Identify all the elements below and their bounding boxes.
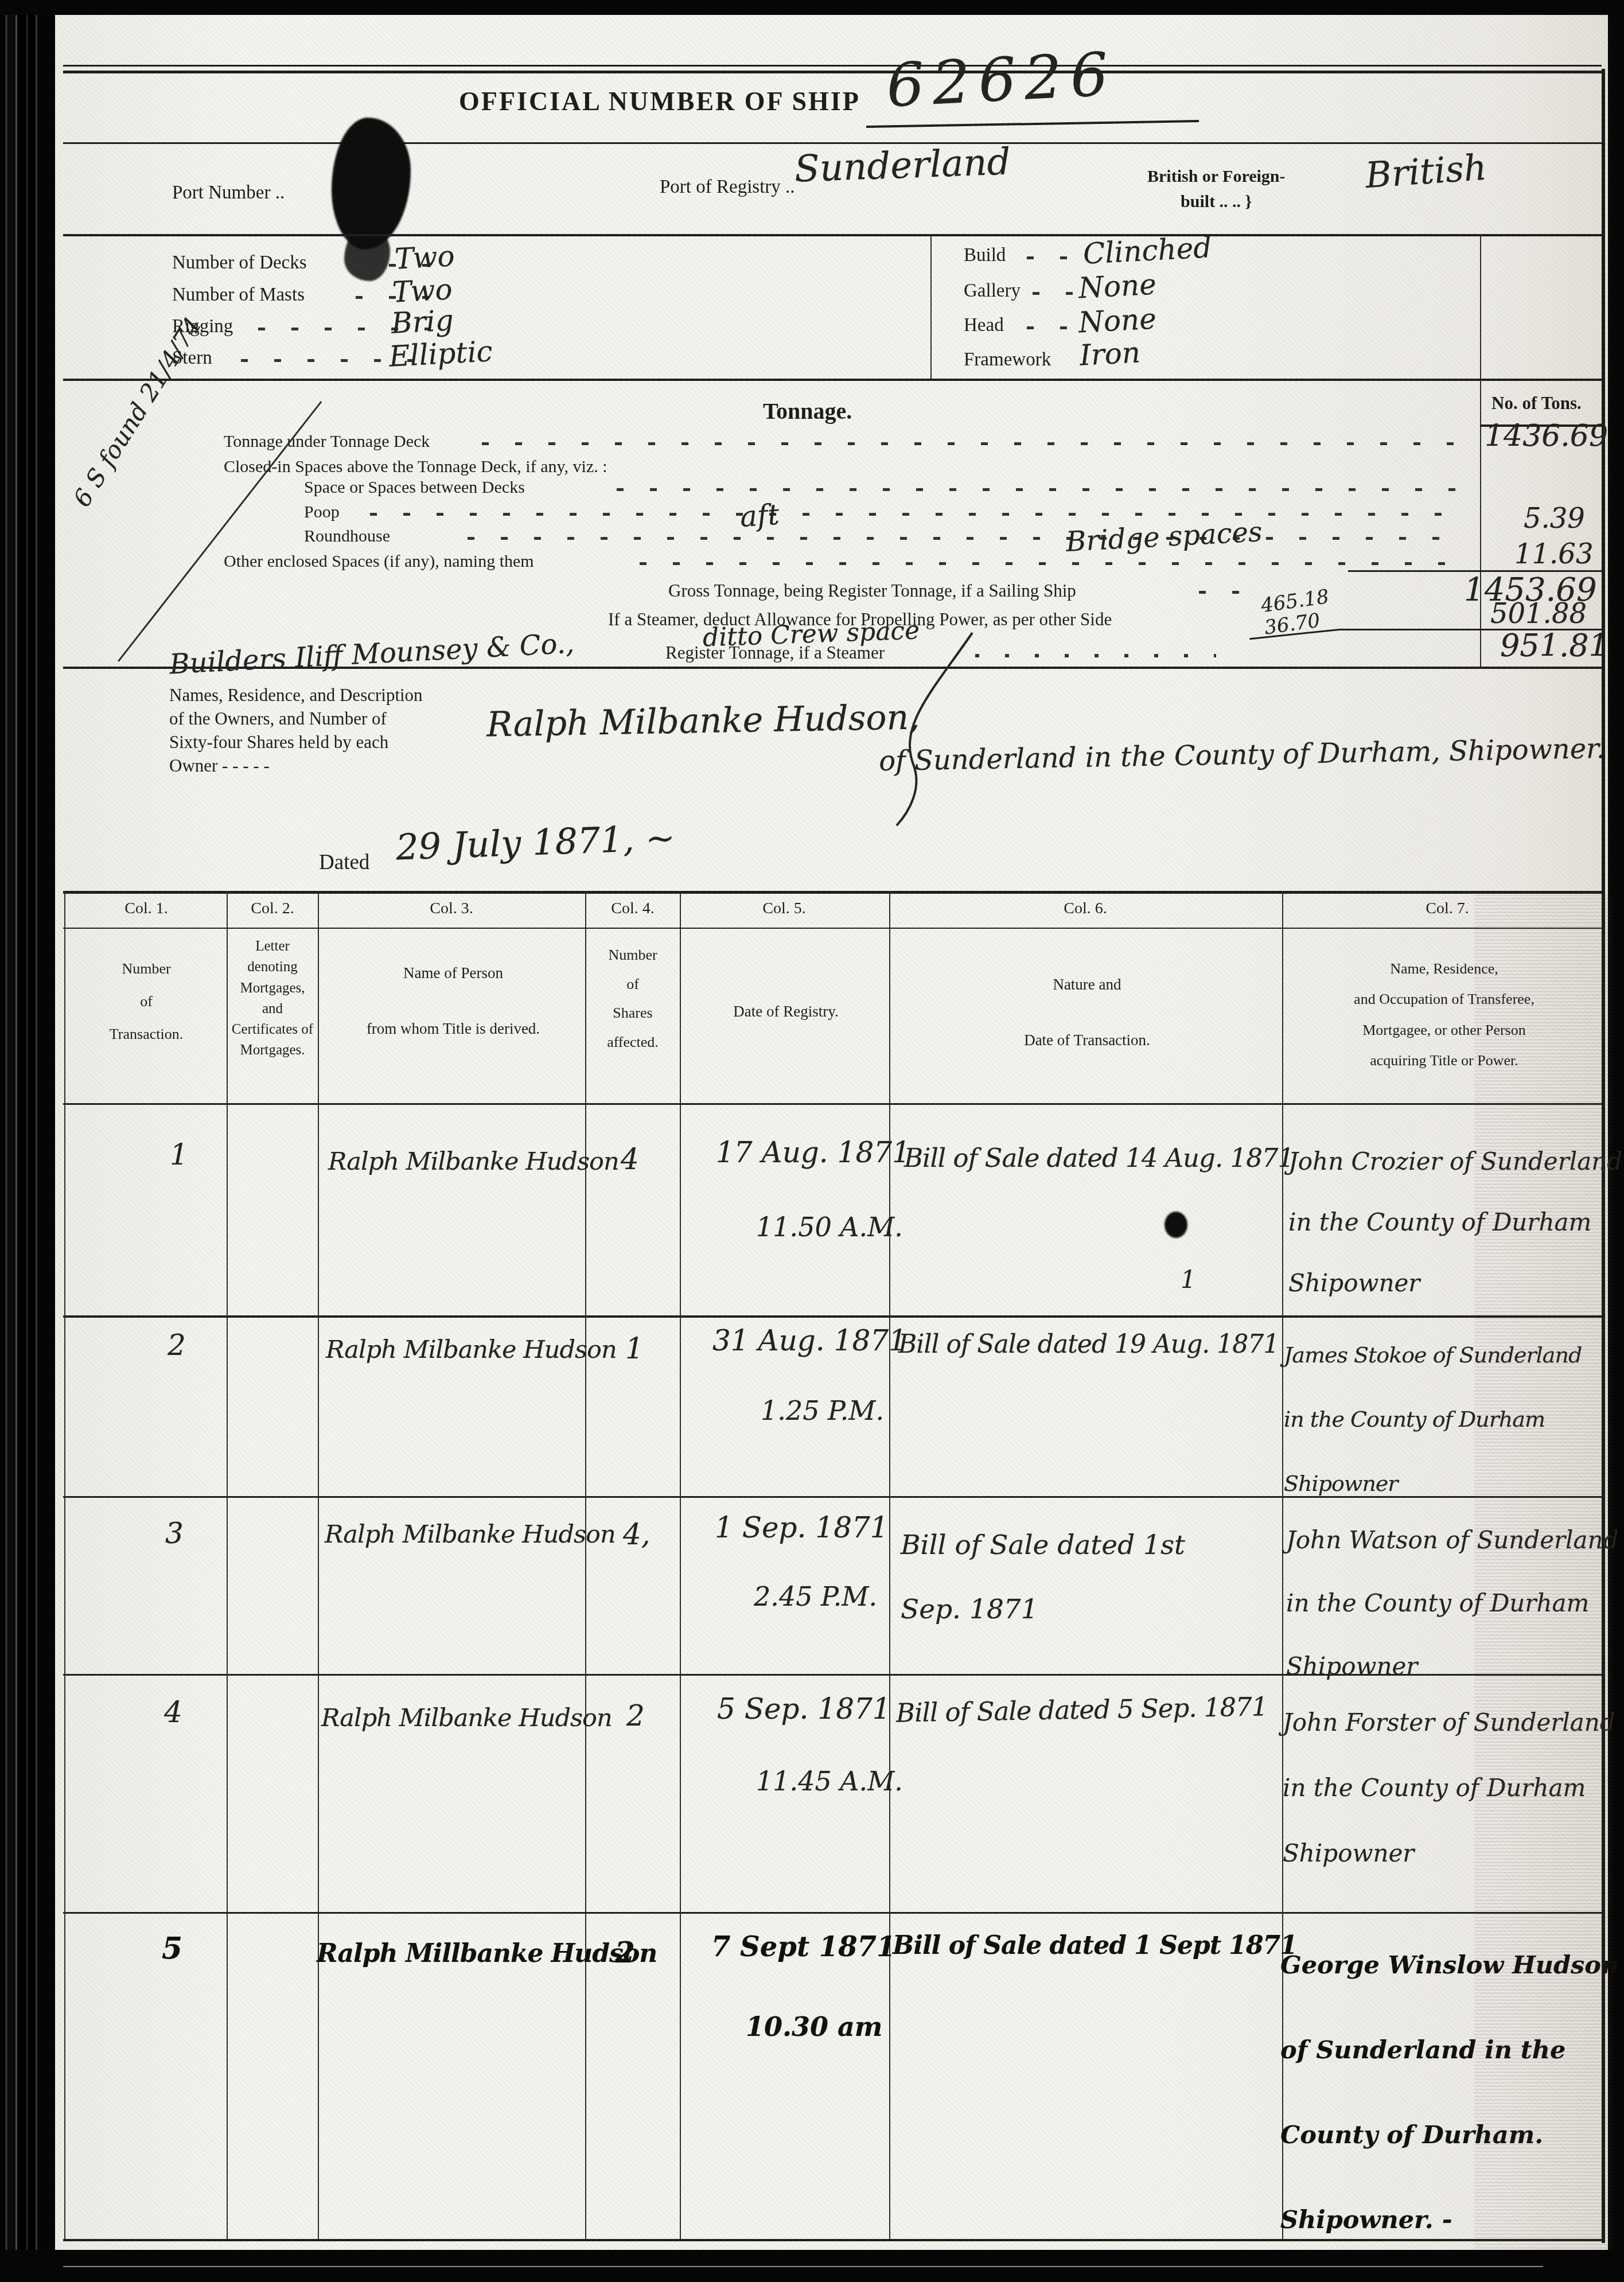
transferee: James Stokoe of Sunderland in the County… — [1284, 1323, 1624, 1516]
port-of-registry-value: Sunderland — [794, 141, 1011, 190]
registry-date: 5 Sep. 1871 — [717, 1692, 891, 1726]
table-col-line — [227, 891, 228, 2239]
framework-label: Framework — [964, 349, 1051, 371]
spaces-between-decks-label: Space or Spaces between Decks — [304, 478, 525, 497]
registry-date: 17 Aug. 1871 — [716, 1136, 910, 1169]
row-number: 3 — [165, 1517, 184, 1550]
register-tonnage-value: 951.81 — [1500, 628, 1609, 664]
head-value: None — [1078, 302, 1158, 339]
col-header-2: Col. 2. — [229, 899, 316, 918]
build-value: Clinched — [1082, 231, 1213, 271]
register-tonnage-label: Register Tonnage, if a Steamer — [665, 642, 885, 663]
registry-time: 2.45 P.M. — [754, 1581, 877, 1612]
rigging-value: Brig — [391, 303, 455, 340]
stray-mark: 1 — [1181, 1265, 1196, 1294]
masts-label: Number of Masts — [172, 285, 305, 306]
col-header-6: Col. 6. — [1042, 899, 1128, 918]
official-number-value: 62626 — [885, 39, 1118, 121]
build-label: Build — [964, 245, 1006, 266]
transaction-nature: Bill of Sale dated 14 Aug. 1871 — [904, 1143, 1294, 1173]
col-header-4: Col. 4. — [590, 899, 676, 918]
registry-date: 1 Sep. 1871 — [715, 1511, 889, 1544]
british-or-foreign-label: British or Foreign- built .. .. } — [1147, 164, 1286, 214]
table-col-line — [889, 891, 890, 2239]
rule — [63, 1315, 1602, 1318]
transaction-nature: Bill of Sale dated 19 Aug. 1871 — [898, 1330, 1279, 1359]
registry-date: 7 Sept 1871 — [711, 1931, 895, 1963]
title-derived-from: Ralph Millbanke Hudson — [317, 1939, 657, 1968]
dated-label: Dated — [319, 850, 369, 875]
subheader-shares-affected: Number of Shares affected. — [588, 941, 677, 1057]
title-derived-from: Ralph Milbanke Hudson — [328, 1147, 619, 1176]
transaction-nature: Bill of Sale dated 1 Sept 1871 — [893, 1931, 1297, 1960]
decks-label: Number of Decks — [172, 252, 307, 274]
leader — [1199, 591, 1262, 594]
leader — [975, 654, 1216, 657]
tonnage-heading: Tonnage. — [763, 398, 852, 425]
transferee: George Winslow Hudson of Sunderland in t… — [1280, 1923, 1619, 2262]
leader — [640, 562, 1466, 565]
shares-affected: 4 — [621, 1143, 639, 1176]
steamer-deduction-value: 501.88 — [1490, 598, 1587, 630]
particulars-divider — [930, 234, 932, 379]
leader — [617, 488, 1466, 491]
rule — [63, 71, 1602, 73]
row-number: 1 — [170, 1138, 188, 1171]
other-enclosed-spaces-label: Other enclosed Spaces (if any), naming t… — [224, 552, 534, 571]
rule — [63, 1912, 1602, 1914]
shares-affected: 2 — [615, 1936, 635, 1969]
official-number-label: OFFICIAL NUMBER OF SHIP — [459, 86, 860, 116]
shares-affected: 4, — [623, 1518, 651, 1551]
subheader-name-of-person: Name of Person from whom Title is derive… — [324, 959, 582, 1043]
leader — [1033, 292, 1078, 295]
other-enclosed-value: 11.63 — [1514, 538, 1593, 570]
rule — [63, 65, 1602, 67]
subheader-mortgage-letter: Letter denoting Mortgages, and Certifica… — [229, 936, 316, 1061]
rule — [63, 379, 1602, 381]
gallery-label: Gallery — [964, 281, 1021, 302]
table-col-line — [318, 891, 319, 2239]
subheader-nature-of-transaction: Nature and Date of Transaction. — [895, 971, 1279, 1054]
scan-edge-top — [0, 0, 1624, 15]
roundhouse-annotation: aft — [739, 498, 780, 534]
title-derived-from: Ralph Milbanke Hudson — [321, 1704, 612, 1732]
tonnage-under-deck-value: 1436.69 — [1485, 419, 1608, 453]
gallery-value: None — [1078, 267, 1158, 305]
table-top-rule — [63, 891, 1602, 894]
subheader-transferee: Name, Residence, and Occupation of Trans… — [1288, 953, 1600, 1076]
col-header-1: Col. 1. — [103, 899, 189, 918]
leader — [1027, 256, 1078, 259]
registry-time: 11.50 A.M. — [756, 1212, 903, 1243]
roundhouse-label: Roundhouse — [304, 527, 390, 546]
tonnage-under-deck-label: Tonnage under Tonnage Deck — [224, 432, 430, 451]
owners-label-block: Names, Residence, and Description of the… — [169, 684, 423, 778]
table-col-line — [585, 891, 586, 2239]
scan-bottom-sliver — [63, 2266, 1543, 2267]
registry-time: 1.25 P.M. — [761, 1395, 884, 1426]
row-number: 5 — [162, 1931, 182, 1966]
british-or-foreign-value: British — [1364, 146, 1488, 197]
transaction-nature: Bill of Sale dated 5 Sep. 1871 — [896, 1691, 1268, 1728]
transaction-nature: Bill of Sale dated 1st Sep. 1871 — [901, 1513, 1185, 1642]
shares-affected: 2 — [626, 1699, 645, 1732]
shares-affected: 1 — [625, 1332, 644, 1365]
book-binding-edge — [0, 0, 55, 2282]
row-number: 4 — [164, 1696, 182, 1729]
transferee: John Watson of Sunderland in the County … — [1286, 1509, 1619, 1698]
registry-date: 31 Aug. 1871 — [712, 1324, 907, 1357]
transferee: John Forster of Sunderland in the County… — [1283, 1690, 1615, 1886]
title-derived-from: Ralph Milbanke Hudson — [325, 1520, 616, 1549]
leader — [370, 513, 1466, 516]
transferee: John Crozier of Sunderland in the County… — [1288, 1131, 1622, 1314]
pen-flourish — [886, 628, 984, 829]
leader — [1027, 326, 1078, 329]
roundhouse-value: 5.39 — [1524, 503, 1585, 535]
rule — [63, 142, 1602, 144]
owner-name-value: Ralph Milbanke Hudson, — [486, 697, 920, 745]
table-col-line — [680, 891, 681, 2239]
col-header-7: Col. 7. — [1404, 899, 1490, 918]
closed-in-spaces-label: Closed-in Spaces above the Tonnage Deck,… — [224, 457, 607, 477]
gross-tonnage-label: Gross Tonnage, being Register Tonnage, i… — [668, 581, 1076, 601]
col-header-5: Col. 5. — [741, 899, 827, 918]
leader — [482, 442, 1466, 445]
title-derived-from: Ralph Milbanke Hudson — [326, 1335, 617, 1364]
registry-time: 11.45 A.M. — [756, 1766, 903, 1797]
rule — [63, 1103, 1602, 1105]
table-col-line — [64, 891, 65, 2239]
ink-spot — [1165, 1212, 1187, 1238]
row-number: 2 — [168, 1329, 186, 1362]
scanned-register-page: OFFICIAL NUMBER OF SHIP 62626 Port Numbe… — [0, 0, 1624, 2282]
framework-value: Iron — [1079, 336, 1142, 372]
decks-value: Two — [394, 239, 455, 275]
port-number-label: Port Number .. — [172, 182, 285, 204]
rule — [63, 234, 1602, 236]
col-header-3: Col. 3. — [408, 899, 494, 918]
subheader-date-of-registry: Date of Registry. — [686, 1003, 886, 1021]
poop-label: Poop — [304, 503, 340, 522]
subheader-transaction-number: Number of Transaction. — [69, 952, 224, 1051]
stern-value: Elliptic — [388, 334, 493, 373]
rule — [63, 928, 1602, 929]
head-label: Head — [964, 315, 1004, 336]
leader — [468, 537, 1466, 540]
registry-time: 10.30 am — [746, 2011, 883, 2042]
no-of-tons-header: No. of Tons. — [1491, 393, 1582, 414]
port-of-registry-label: Port of Registry .. — [660, 177, 795, 198]
